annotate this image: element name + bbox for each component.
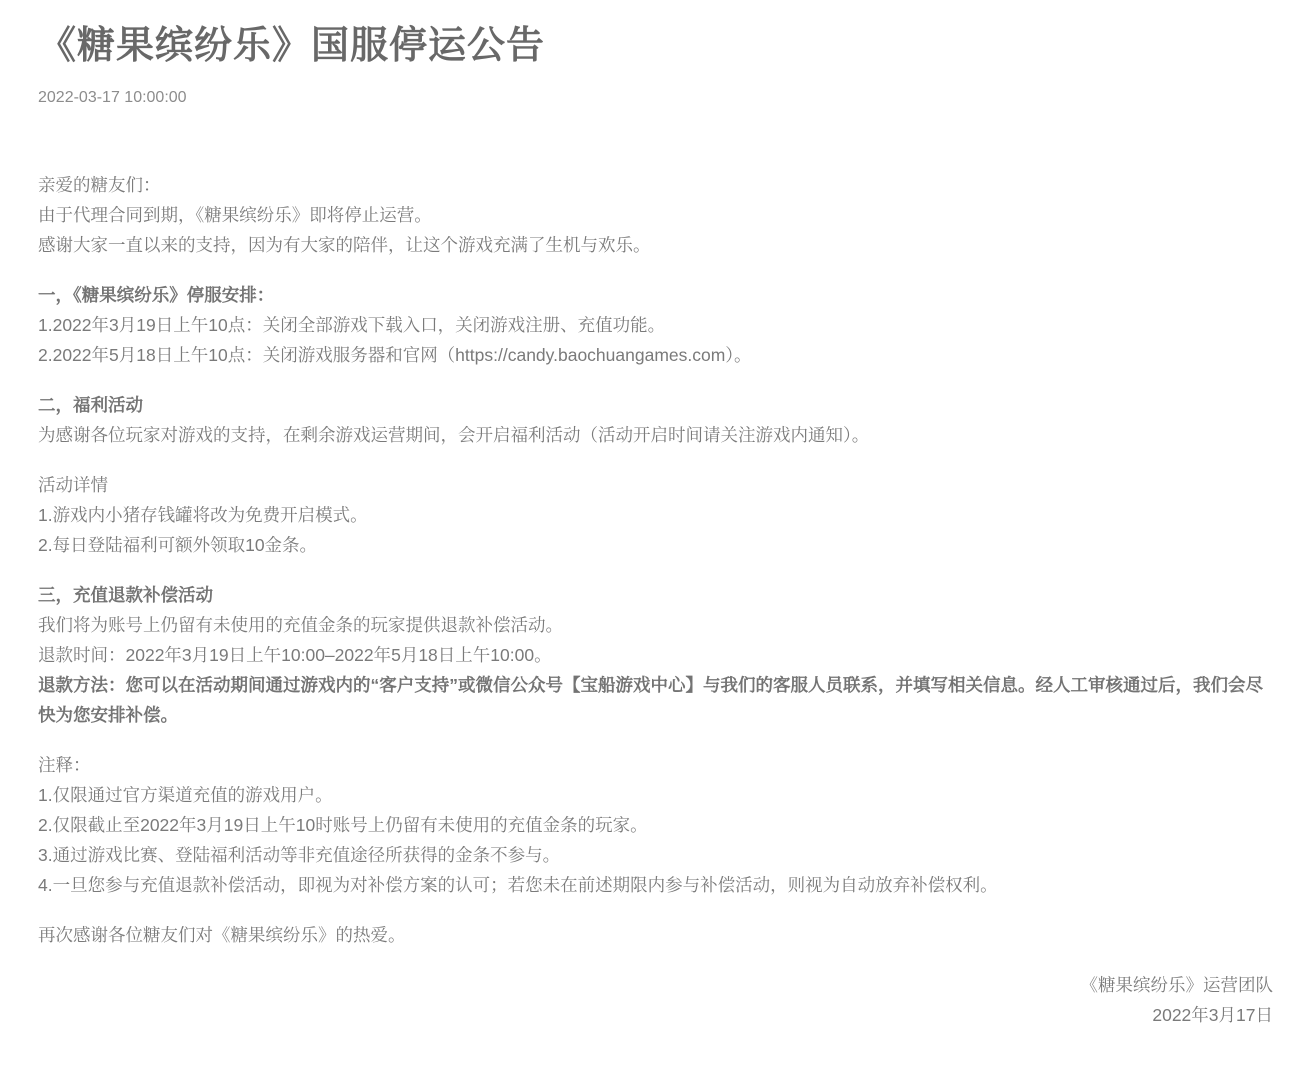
signature-block: 《糖果缤纷乐》运营团队 2022年3月17日 (38, 970, 1273, 1030)
page-title: 《糖果缤纷乐》国服停运公告 (38, 20, 1273, 72)
welfare-detail-2: 2.每日登陆福利可额外领取10金条。 (38, 530, 1273, 560)
section-shutdown-heading: 一，《糖果缤纷乐》停服安排： (38, 280, 1273, 310)
publish-date: 2022-03-17 10:00:00 (38, 87, 1273, 109)
welfare-body: 为感谢各位玩家对游戏的支持，在剩余游戏运营期间，会开启福利活动（活动开启时间请关… (38, 420, 1273, 450)
shutdown-item-2: 2.2022年5月18日上午10点：关闭游戏服务器和官网（https://can… (38, 340, 1273, 370)
section-welfare-heading: 二，福利活动 (38, 390, 1273, 420)
note-item-2: 2.仅限截止至2022年3月19日上午10时账号上仍留有未使用的充值金条的玩家。 (38, 810, 1273, 840)
notes-section: 注释： 1.仅限通过官方渠道充值的游戏用户。 2.仅限截止至2022年3月19日… (38, 750, 1273, 900)
intro-greeting: 亲爱的糖友们： (38, 170, 1273, 200)
intro-thanks: 感谢大家一直以来的支持，因为有大家的陪伴，让这个游戏充满了生机与欢乐。 (38, 230, 1273, 260)
refund-time: 退款时间：2022年3月19日上午10:00–2022年5月18日上午10:00… (38, 640, 1273, 670)
intro-reason: 由于代理合同到期，《糖果缤纷乐》即将停止运营。 (38, 200, 1273, 230)
welfare-details: 活动详情 1.游戏内小猪存钱罐将改为免费开启模式。 2.每日登陆福利可额外领取1… (38, 470, 1273, 560)
signature-date: 2022年3月17日 (38, 1000, 1273, 1030)
closing-line: 再次感谢各位糖友们对《糖果缤纷乐》的热爱。 (38, 920, 1273, 950)
signature-team: 《糖果缤纷乐》运营团队 (38, 970, 1273, 1000)
notes-heading: 注释： (38, 750, 1273, 780)
welfare-detail-1: 1.游戏内小猪存钱罐将改为免费开启模式。 (38, 500, 1273, 530)
welfare-details-heading: 活动详情 (38, 470, 1273, 500)
section-shutdown-schedule: 一，《糖果缤纷乐》停服安排： 1.2022年3月19日上午10点：关闭全部游戏下… (38, 280, 1273, 370)
note-item-1: 1.仅限通过官方渠道充值的游戏用户。 (38, 780, 1273, 810)
shutdown-item-1: 1.2022年3月19日上午10点：关闭全部游戏下载入口，关闭游戏注册、充值功能… (38, 310, 1273, 340)
section-refund: 三，充值退款补偿活动 我们将为账号上仍留有未使用的充值金条的玩家提供退款补偿活动… (38, 580, 1273, 730)
announcement-page: 《糖果缤纷乐》国服停运公告 2022-03-17 10:00:00 亲爱的糖友们… (0, 0, 1293, 1080)
refund-body: 我们将为账号上仍留有未使用的充值金条的玩家提供退款补偿活动。 (38, 610, 1273, 640)
intro-paragraph: 亲爱的糖友们： 由于代理合同到期，《糖果缤纷乐》即将停止运营。 感谢大家一直以来… (38, 170, 1273, 260)
announcement-body: 亲爱的糖友们： 由于代理合同到期，《糖果缤纷乐》即将停止运营。 感谢大家一直以来… (38, 170, 1273, 1030)
section-welfare: 二，福利活动 为感谢各位玩家对游戏的支持，在剩余游戏运营期间，会开启福利活动（活… (38, 390, 1273, 450)
closing-paragraph: 再次感谢各位糖友们对《糖果缤纷乐》的热爱。 (38, 920, 1273, 950)
note-item-3: 3.通过游戏比赛、登陆福利活动等非充值途径所获得的金条不参与。 (38, 840, 1273, 870)
refund-method: 退款方法：您可以在活动期间通过游戏内的“客户支持”或微信公众号【宝船游戏中心】与… (38, 670, 1273, 730)
note-item-4: 4.一旦您参与充值退款补偿活动，即视为对补偿方案的认可；若您未在前述期限内参与补… (38, 870, 1273, 900)
section-refund-heading: 三，充值退款补偿活动 (38, 580, 1273, 610)
